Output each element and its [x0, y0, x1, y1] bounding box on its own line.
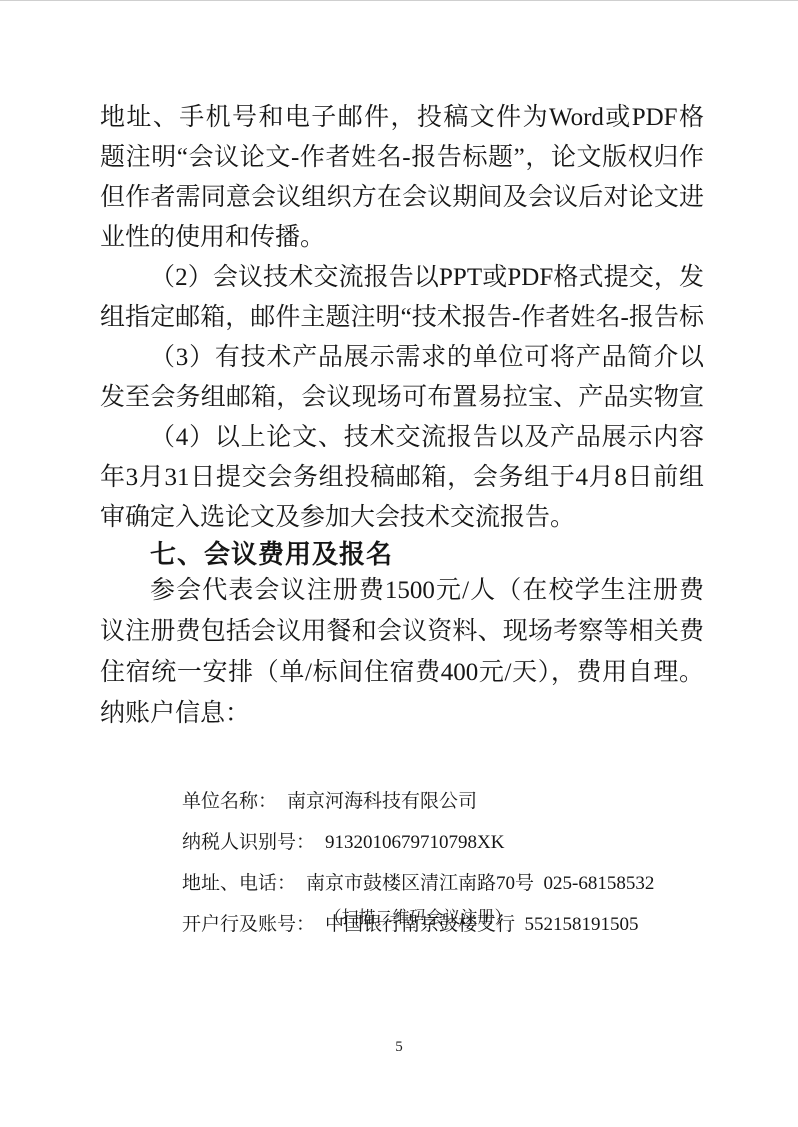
paragraph-fees: 参会代表会议注册费1500元/人（在校学生注册费减半），会 议注册费包括会议用餐…	[100, 570, 704, 734]
text-line: 参会代表会议注册费1500元/人（在校学生注册费减半），会	[100, 570, 704, 611]
text-line: 议注册费包括会议用餐和会议资料、现场考察等相关费用，会议	[100, 611, 704, 652]
text-line: 住宿统一安排（单/标间住宿费400元/天），费用自理。注册费缴	[100, 652, 704, 693]
document-body: 地址、手机号和电子邮件，投稿文件为Word或PDF格式。邮件主 题注明“会议论文…	[100, 98, 704, 932]
text-line: （3）有技术产品展示需求的单位可将产品简介以邮件方式	[100, 338, 704, 378]
text-line: 但作者需同意会议组织方在会议期间及会议后对论文进行非商	[100, 178, 704, 218]
text-line: 年3月31日提交会务组投稿邮箱，会务组于4月8日前组织专家评	[100, 458, 704, 498]
paragraph-item-2: （2）会议技术交流报告以PPT或PDF格式提交，发送至会务 组指定邮箱，邮件主题…	[100, 258, 704, 338]
account-label: 单位名称：	[182, 791, 277, 812]
account-value: 南京河海科技有限公司	[287, 791, 477, 812]
section-heading-fees: 七、会议费用及报名	[100, 540, 704, 570]
account-value: 南京市鼓楼区清江南路70号 025-68158532	[306, 873, 654, 894]
text-line: 题注明“会议论文-作者姓名-报告标题”，论文版权归作者所有，	[100, 138, 704, 178]
text-line: 纳账户信息：	[100, 693, 704, 734]
account-label: 纳税人识别号：	[182, 832, 315, 853]
document-page: 地址、手机号和电子邮件，投稿文件为Word或PDF格式。邮件主 题注明“会议论文…	[0, 0, 798, 1127]
paragraph-submission-continued: 地址、手机号和电子邮件，投稿文件为Word或PDF格式。邮件主 题注明“会议论文…	[100, 98, 704, 258]
text-line: 组指定邮箱，邮件主题注明“技术报告-作者姓名-报告标题”。	[100, 298, 704, 338]
text-line: 业性的使用和传播。	[100, 218, 704, 258]
payment-account-info: 单位名称：南京河海科技有限公司 纳税人识别号：9132010679710798X…	[100, 740, 704, 904]
paragraph-item-3: （3）有技术产品展示需求的单位可将产品简介以邮件方式 发至会务组邮箱，会议现场可…	[100, 338, 704, 418]
paragraph-item-4: （4）以上论文、技术交流报告以及产品展示内容请于2025 年3月31日提交会务组…	[100, 418, 704, 538]
text-line: （4）以上论文、技术交流报告以及产品展示内容请于2025	[100, 418, 704, 458]
text-line: 发至会务组邮箱，会议现场可布置易拉宝、产品实物宣传展示。	[100, 378, 704, 418]
text-line: 地址、手机号和电子邮件，投稿文件为Word或PDF格式。邮件主	[100, 98, 704, 138]
text-line: 审确定入选论文及参加大会技术交流报告。	[100, 498, 704, 538]
account-label: 地址、电话：	[182, 873, 296, 894]
account-value: 9132010679710798XK	[325, 832, 504, 853]
text-line: （2）会议技术交流报告以PPT或PDF格式提交，发送至会务	[100, 258, 704, 298]
account-label: 开户行及账号：	[182, 914, 315, 935]
page-number: 5	[0, 1039, 798, 1056]
account-row-company-name: 单位名称：南京河海科技有限公司	[144, 740, 704, 781]
